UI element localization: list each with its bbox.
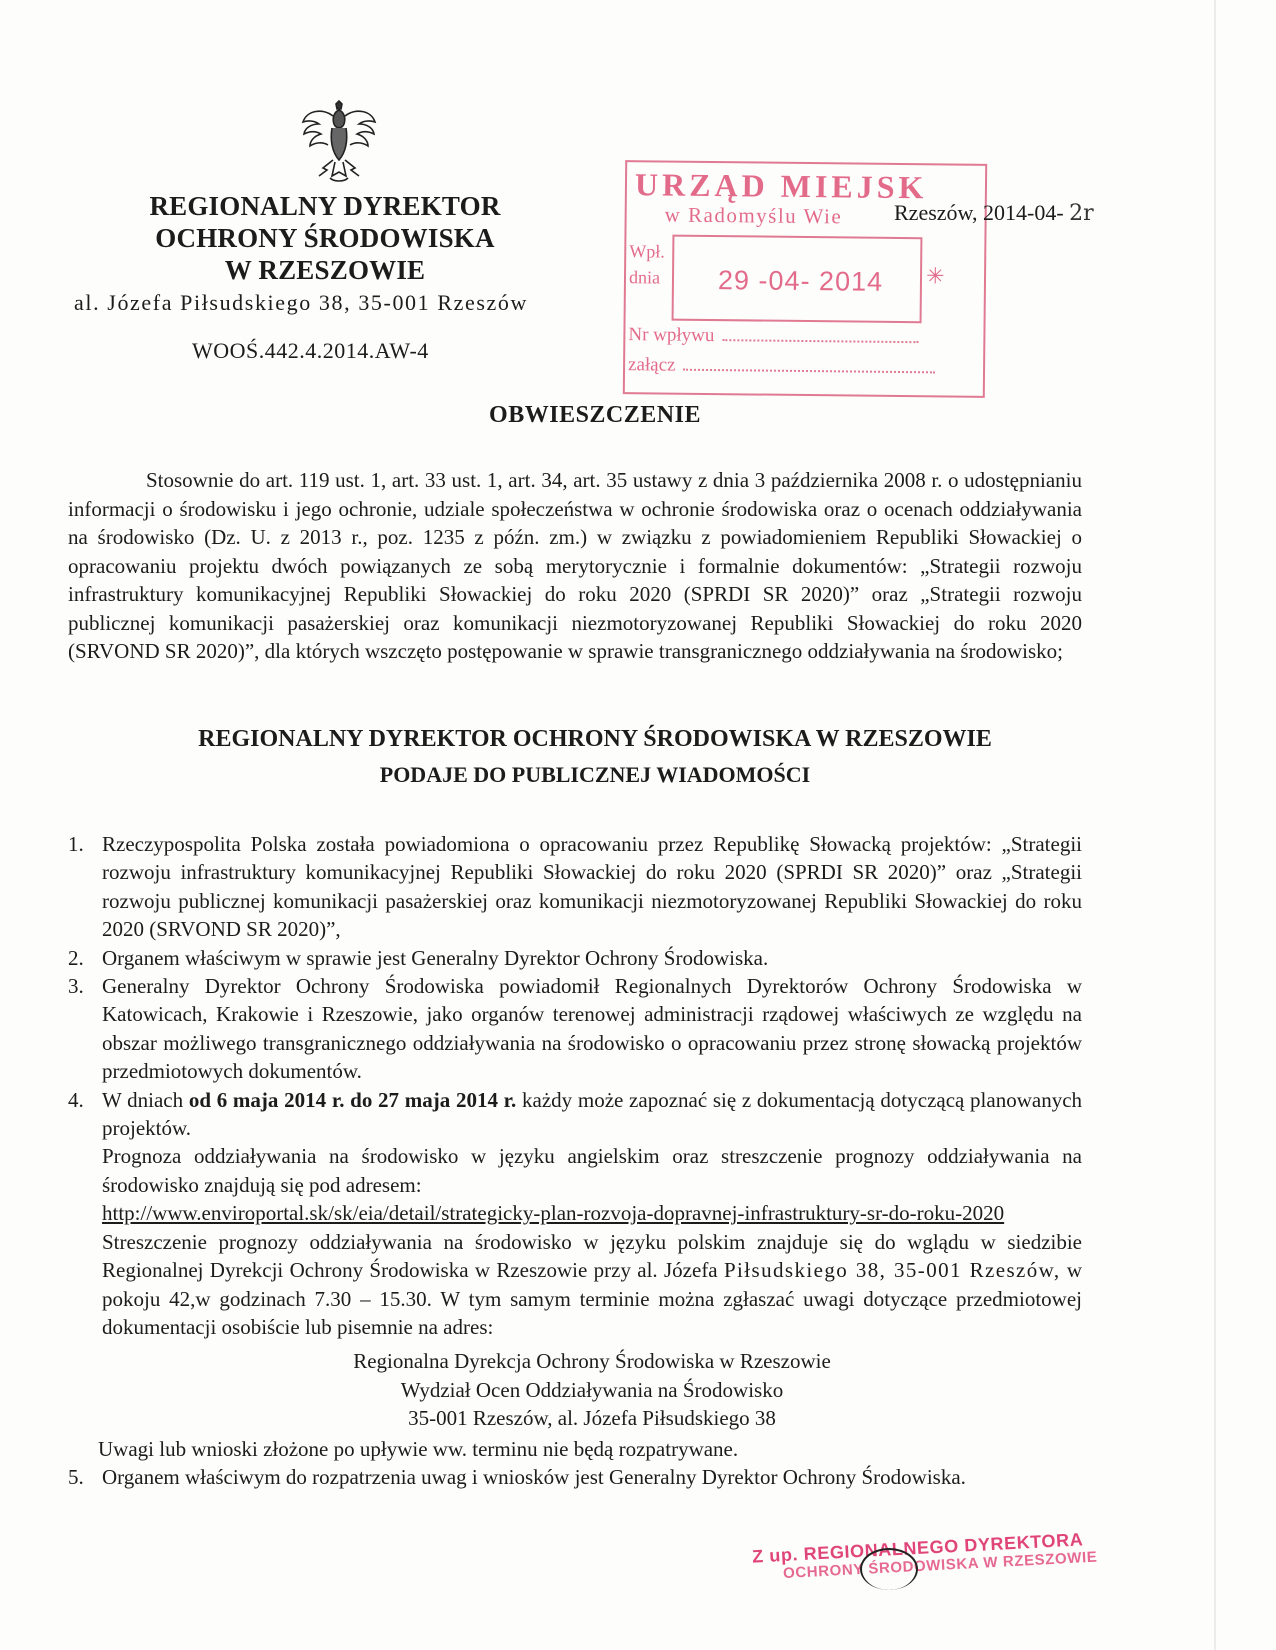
issuer-title-line-3: W RZESZOWIE [80, 254, 570, 286]
stamp-label-wpl: Wpł. [629, 238, 665, 264]
intro-paragraph: Stosownie do art. 119 ust. 1, art. 33 us… [68, 466, 1082, 666]
late-submissions-note: Uwagi lub wnioski złożone po upływie ww.… [98, 1435, 1082, 1463]
item-number: 3. [68, 972, 84, 1000]
stamp-received-date: 29 -04- 2014 [718, 265, 883, 298]
stamp-office-location: w Radomyślu Wie [665, 203, 843, 230]
stamp-label-dnia: dnia [629, 264, 665, 290]
list-item-3: 3. Generalny Dyrektor Ochrony Środowiska… [68, 972, 1082, 1086]
address-line-2: Wydział Ocen Oddziaływania na Środowisko [102, 1376, 1082, 1404]
item-text: Organem właściwym w sprawie jest General… [102, 944, 1082, 972]
item-number: 2. [68, 944, 84, 972]
consultation-text-before: W dniach [102, 1088, 183, 1112]
stamp-date-box: 29 -04- 2014 [672, 235, 923, 324]
stamp-star-icon: ✳ [926, 263, 945, 289]
address-line-1: Regionalna Dyrekcja Ochrony Środowiska w… [102, 1347, 1082, 1375]
incoming-mail-stamp: URZĄD MIEJSK w Radomyślu Wie Wpł. dnia 2… [623, 160, 987, 398]
page-edge [1214, 0, 1216, 1650]
stamp-office-name: URZĄD MIEJSK [635, 166, 928, 206]
list-item-5: 5. Organem właściwym do rozpatrzenia uwa… [68, 1463, 1082, 1491]
item-text: W dniach od 6 maja 2014 r. do 27 maja 20… [102, 1086, 1082, 1143]
enviroportal-link[interactable]: http://www.enviroportal.sk/sk/eia/detail… [102, 1201, 1004, 1225]
intro-text: Stosownie do art. 119 ust. 1, art. 33 us… [68, 468, 1082, 663]
stamp-label-nr: Nr wpływu [628, 324, 714, 346]
stamp-entry-number-field: Nr wpływu [628, 324, 918, 349]
list-item-2: 2. Organem właściwym w sprawie jest Gene… [68, 944, 1082, 972]
polish-eagle-emblem-icon [300, 100, 378, 190]
document-title: OBWIESZCZENIE [0, 402, 1190, 429]
item-number: 1. [68, 830, 84, 858]
place-date-text: Rzeszów, 2014-04- [894, 200, 1064, 225]
item-number: 4. [68, 1086, 84, 1114]
address-line-3: 35-001 Rzeszów, al. Józefa Piłsudskiego … [102, 1404, 1082, 1432]
item-text: Rzeczypospolita Polska została powiadomi… [102, 830, 1082, 944]
sub-heading: PODAJE DO PUBLICZNEJ WIADOMOŚCI [0, 762, 1190, 788]
stamp-dotted-line [683, 357, 935, 374]
item-number: 5. [68, 1463, 84, 1491]
issuer-title-line-1: REGIONALNY DYREKTOR [80, 190, 570, 222]
forecast-location-text: Prognoza oddziaływania na środowisko w j… [102, 1142, 1082, 1199]
handwritten-day: 2r [1069, 201, 1094, 226]
stamp-label-zalacz: załącz [628, 354, 676, 375]
summary-location-text: Streszczenie prognozy oddziaływania na ś… [102, 1228, 1082, 1342]
reference-number: WOOŚ.442.4.2014.AW-4 [192, 338, 429, 364]
signature-stamp: Z up. REGIONALNEGO DYREKTORA OCHRONY ŚRO… [752, 1529, 1084, 1567]
list-item-1: 1. Rzeczypospolita Polska została powiad… [68, 830, 1082, 944]
stamp-attachments-field: załącz [628, 354, 936, 379]
notice-items-list: 1. Rzeczypospolita Polska została powiad… [68, 830, 1082, 1491]
issuer-title-line-2: OCHRONY ŚRODOWISKA [80, 222, 570, 254]
place-and-date: Rzeszów, 2014-04- 2r [894, 200, 1094, 226]
issuer-address: al. Józefa Piłsudskiego 38, 35-001 Rzesz… [74, 290, 528, 316]
mailing-address: Regionalna Dyrekcja Ochrony Środowiska w… [102, 1347, 1082, 1432]
item-text: Generalny Dyrektor Ochrony Środowiska po… [102, 972, 1082, 1086]
stamp-dotted-line [722, 327, 918, 343]
handwritten-signature-icon [860, 1548, 918, 1590]
consultation-period: od 6 maja 2014 r. do 27 maja 2014 r. [189, 1088, 516, 1112]
list-item-4: 4. W dniach od 6 maja 2014 r. do 27 maja… [68, 1086, 1082, 1463]
stamp-received-label: Wpł. dnia [629, 238, 665, 290]
summary-text-b: Piłsudskiego 38, 35-001 Rzeszów, [724, 1258, 1061, 1282]
main-heading: REGIONALNY DYREKTOR OCHRONY ŚRODOWISKA W… [0, 726, 1190, 753]
item-text: Organem właściwym do rozpatrzenia uwag i… [102, 1463, 1082, 1491]
